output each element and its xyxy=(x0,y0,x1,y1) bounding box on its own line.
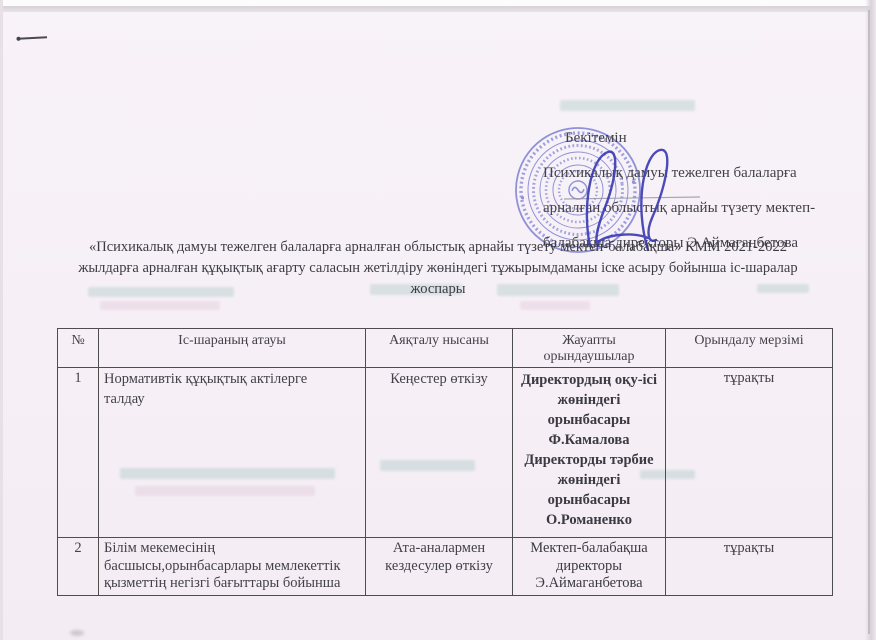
scan-edge-top-shadow xyxy=(0,6,876,12)
cell-term: тұрақты xyxy=(666,368,833,538)
cell-term: тұрақты xyxy=(666,538,833,596)
table-header-row: № Іс-шараның атауы Аяқталу нысаны Жауапт… xyxy=(58,329,833,368)
bleed-through-artifact xyxy=(520,301,590,310)
scan-edge-right xyxy=(865,0,876,640)
header-responsible: Жауапты орындаушылар xyxy=(513,329,666,368)
header-activity-name: Іс-шараның атауы xyxy=(99,329,366,368)
bleed-through-artifact xyxy=(560,100,695,111)
scan-edge-left xyxy=(0,0,3,640)
pen-dash-mark-icon xyxy=(16,35,49,41)
scanned-document-page: Бекітемін Психикалық дамуы тежелген бала… xyxy=(0,0,876,640)
table-row: 2 Білім мекемесінің басшысы,орынбасарлар… xyxy=(58,538,833,596)
scan-smudge xyxy=(70,630,84,636)
cell-responsible: Мектеп-балабақша директоры Э.Аймаганбето… xyxy=(513,538,666,596)
cell-activity-name: Нормативтік құқықтық актілерге талдау xyxy=(99,368,366,538)
cell-activity-name: Білім мекемесінің басшысы,орынбасарлары … xyxy=(99,538,366,596)
header-term: Орындалу мерзімі xyxy=(666,329,833,368)
scan-edge-right-line xyxy=(868,10,870,634)
bleed-through-artifact xyxy=(100,301,220,310)
cell-responsible: Директордың оқу-ісі жөніндегі орынбасары… xyxy=(513,368,666,538)
cell-completion-form: Ата-аналармен кездесулер өткізу xyxy=(366,538,513,596)
activities-table-wrapper: № Іс-шараның атауы Аяқталу нысаны Жауапт… xyxy=(57,328,833,596)
activities-table: № Іс-шараның атауы Аяқталу нысаны Жауапт… xyxy=(57,328,833,596)
header-completion-form: Аяқталу нысаны xyxy=(366,329,513,368)
cell-number: 1 xyxy=(58,368,99,538)
document-title: «Психикалық дамуы тежелген балаларға арн… xyxy=(58,237,818,300)
cell-completion-form: Кеңестер өткізу xyxy=(366,368,513,538)
cell-number: 2 xyxy=(58,538,99,596)
table-row: 1 Нормативтік құқықтық актілерге талдау … xyxy=(58,368,833,538)
header-number: № xyxy=(58,329,99,368)
